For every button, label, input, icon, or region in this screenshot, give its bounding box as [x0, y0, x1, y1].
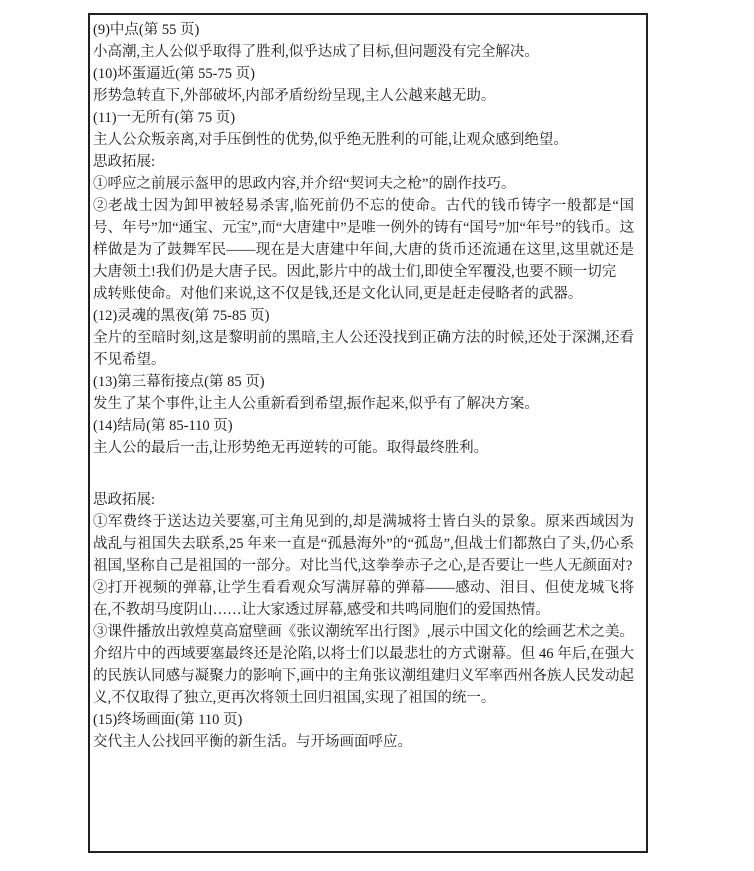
page: { "page": { "background_color": "#ffffff… [0, 0, 754, 871]
paragraph: ②老战士因为卸甲被轻易杀害,临死前仍不忘的使命。古代的钱币铸字一般都是“国号、年… [93, 195, 634, 283]
paragraph: 形势急转直下,外部破坏,内部矛盾纷纷呈现,主人公越来越无助。 [93, 85, 634, 107]
paragraph: 小高潮,主人公似乎取得了胜利,似乎达成了目标,但问题没有完全解决。 [93, 41, 634, 63]
beat-heading: (12)灵魂的黑夜(第 75-85 页) [93, 305, 634, 327]
paragraph: ①呼应之前展示盔甲的思政内容,并介绍“契诃夫之枪”的剧作技巧。 [93, 173, 634, 195]
paragraph: 成转账使命。对他们来说,这不仅是钱,还是文化认同,更是赶走侵略者的武器。 [93, 283, 634, 305]
paragraph: ②打开视频的弹幕,让学生看看观众写满屏幕的弹幕——感动、泪目、但使龙城飞将在,不… [93, 577, 634, 621]
beat-heading: (9)中点(第 55 页) [93, 19, 634, 41]
paragraph: ①军费终于送达边关要塞,可主角见到的,却是满城将士皆白头的景象。原来西域因为战乱… [93, 511, 634, 577]
paragraph: 全片的至暗时刻,这是黎明前的黑暗,主人公还没找到正确方法的时候,还处于深渊,还看… [93, 327, 634, 371]
paragraph: 主人公众叛亲离,对手压倒性的优势,似乎绝无胜利的可能,让观众感到绝望。 [93, 129, 634, 151]
paragraph: 发生了某个事件,让主人公重新看到希望,振作起来,似乎有了解决方案。 [93, 393, 634, 415]
beat-heading: (15)终场画面(第 110 页) [93, 709, 634, 731]
paragraph: 主人公的最后一击,让形势绝无再逆转的可能。取得最终胜利。 [93, 437, 634, 459]
paragraph: 交代主人公找回平衡的新生活。与开场画面呼应。 [93, 731, 634, 753]
beat-heading: (13)第三幕衔接点(第 85 页) [93, 371, 634, 393]
beat-heading: (14)结局(第 85-110 页) [93, 415, 634, 437]
document-cell: (9)中点(第 55 页)小高潮,主人公似乎取得了胜利,似乎达成了目标,但问题没… [88, 13, 648, 853]
beat-heading: (11)一无所有(第 75 页) [93, 107, 634, 129]
beat-heading: (10)坏蛋逼近(第 55-75 页) [93, 63, 634, 85]
blank-line [93, 459, 634, 489]
section-label: 思政拓展: [93, 489, 634, 511]
section-label: 思政拓展: [93, 151, 634, 173]
document-body: (9)中点(第 55 页)小高潮,主人公似乎取得了胜利,似乎达成了目标,但问题没… [90, 15, 646, 757]
paragraph: ③课件播放出敦煌莫高窟壁画《张议潮统军出行图》,展示中国文化的绘画艺术之美。介绍… [93, 621, 634, 709]
